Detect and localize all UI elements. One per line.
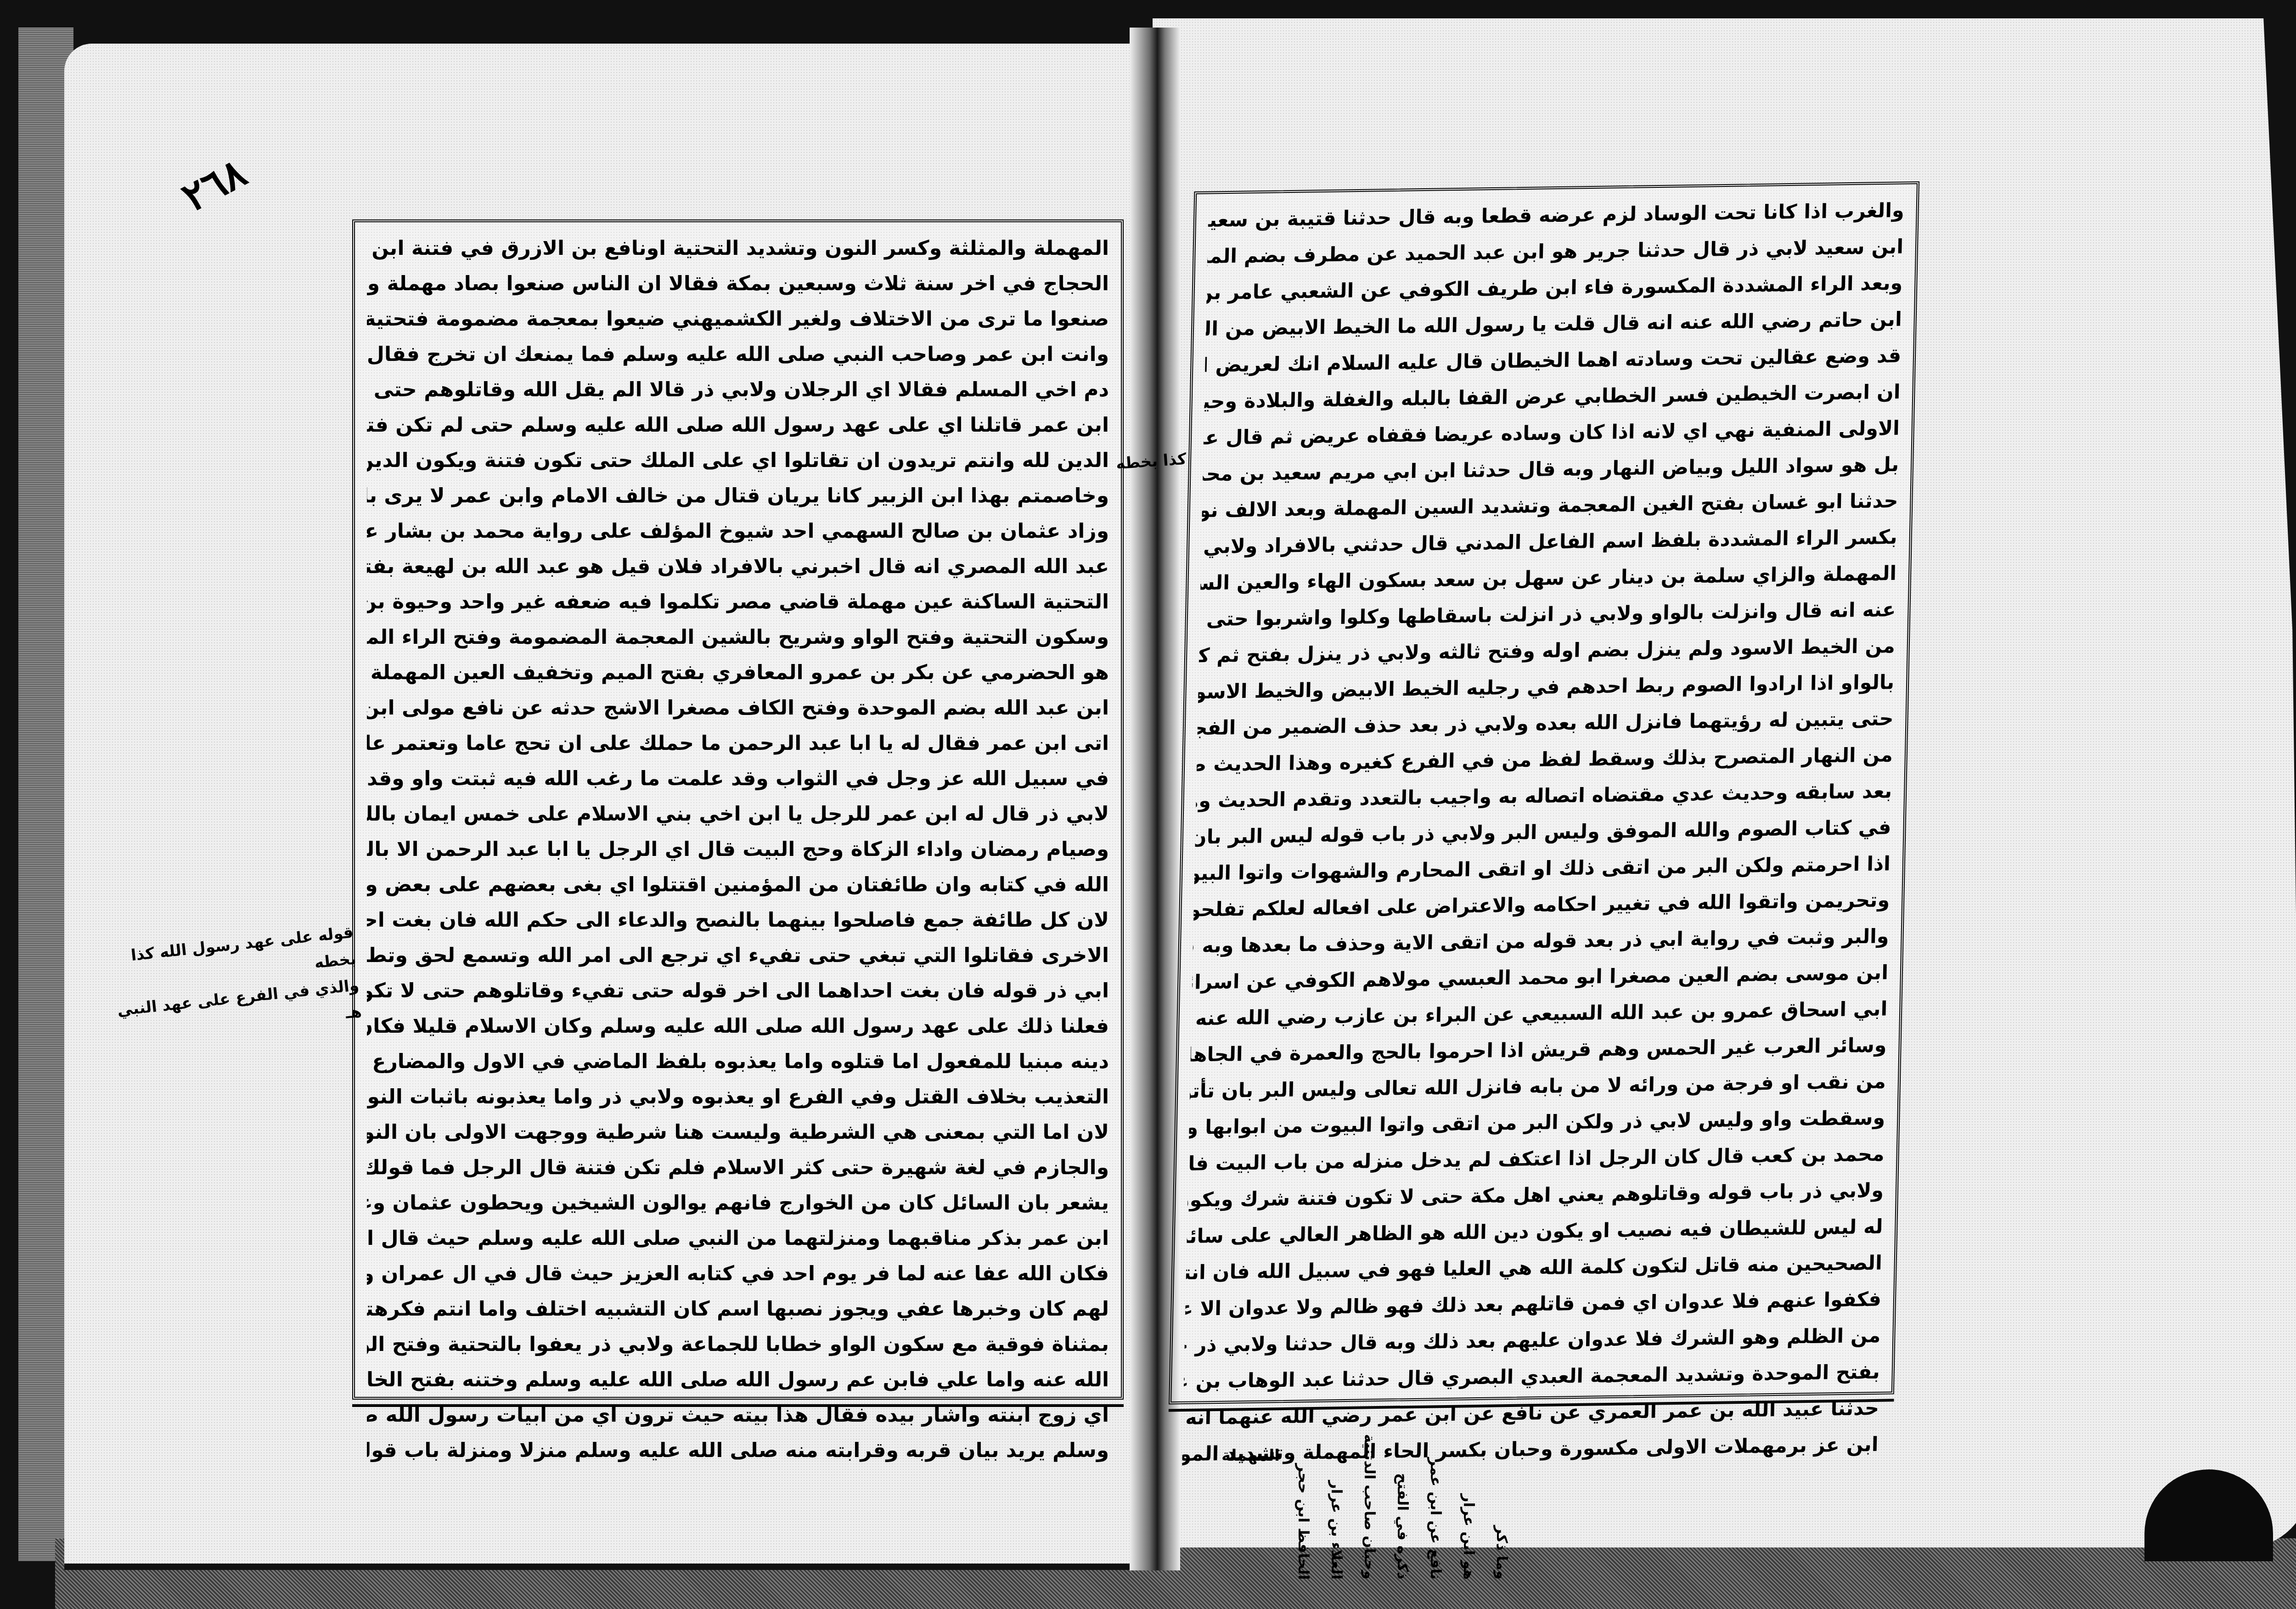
text-line: فعلنا ذلك على عهد رسول الله صلى الله علي… — [367, 1008, 1109, 1044]
bottom-note-column: الحافظ ابن حجر — [1294, 1433, 1313, 1580]
bottom-note-heading: المهملة — [1221, 1446, 1280, 1465]
text-line: لان اما التي بمعنى هي الشرطية وليست هنا … — [367, 1114, 1109, 1150]
text-line: والجازم في لغة شهيرة حتى كثر الاسلام فلم… — [367, 1150, 1109, 1185]
text-line: فكان الله عفا عنه لما فر يوم احد في كتاب… — [367, 1256, 1109, 1291]
text-line: الدين لله وانتم تريدون ان تقاتلوا اي على… — [367, 443, 1109, 478]
text-line: وصيام رمضان واداء الزكاة وحج البيت قال ا… — [367, 832, 1109, 867]
bottom-note-column: وما ذكر — [1493, 1433, 1511, 1580]
text-line: لابي ذر قال له ابن عمر للرجل يا ابن اخي … — [367, 796, 1109, 832]
text-line: الله في كتابه وان طائفتان من المؤمنين اق… — [367, 867, 1109, 902]
text-line: اي زوج ابنته واشار بيده فقال هذا بيته حي… — [367, 1397, 1109, 1433]
text-line: وسكون التحتية وفتح الواو وشريح بالشين ال… — [367, 619, 1109, 655]
text-line: صنعوا ما ترى من الاختلاف ولغير الكشميهني… — [367, 301, 1109, 337]
text-line: وانت ابن عمر وصاحب النبي صلى الله عليه و… — [367, 337, 1109, 372]
text-line: يشعر بان السائل كان من الخوارج فانهم يوا… — [367, 1185, 1109, 1221]
text-line: ابن عبد الله بضم الموحدة وفتح الكاف مصغر… — [367, 690, 1109, 726]
text-line: اتى ابن عمر فقال له يا ابا عبد الرحمن ما… — [367, 726, 1109, 761]
text-line: بمثناة فوقية مع سكون الواو خطابا للجماعة… — [367, 1327, 1109, 1362]
text-line: ابن عمر بذكر مناقبهما ومنزلتهما من النبي… — [367, 1221, 1109, 1256]
left-page-text-block: المهملة والمثلثة وكسر النون وتشديد التحت… — [352, 219, 1124, 1400]
text-line: في سبيل الله عز وجل في الثواب وقد علمت م… — [367, 761, 1109, 796]
bottom-note-column: ذكره في الفتح — [1394, 1433, 1412, 1580]
text-line: دينه مبنيا للمفعول اما قتلوه واما يعذبوه… — [367, 1044, 1109, 1079]
text-line: لان كل طائفة جمع فاصلحوا بينهما بالنصح و… — [367, 902, 1109, 938]
bottom-note-column: العلاء بن عرار — [1328, 1433, 1346, 1580]
right-page-text-block: والغرب اذا كانا تحت الوساد لزم عرضه قطعا… — [1169, 181, 1919, 1404]
text-line: التعذيب بخلاف القتل وفي الفرع او يعذبوه … — [367, 1079, 1109, 1114]
text-line: وخاصمتم بهذا ابن الزبير كانا يريان قتال … — [367, 478, 1109, 513]
text-line: المهملة والمثلثة وكسر النون وتشديد التحت… — [367, 231, 1109, 266]
text-line: دم اخي المسلم فقالا اي الرجلان ولابي ذر … — [367, 372, 1109, 407]
text-line: الحجاج في اخر سنة ثلاث وسبعين بمكة فقالا… — [367, 266, 1109, 301]
text-line: الاخرى فقاتلوا التي تبغي حتى تفيء اي ترج… — [367, 938, 1109, 973]
text-line: لهم كان وخبرها عفي ويجوز نصبها اسم كان ا… — [367, 1291, 1109, 1327]
bottom-note-column: هو ابن عرار — [1460, 1433, 1478, 1580]
scan-background: ٢٦٨ المهملة والمثلثة وكسر النون وتشديد ا… — [0, 0, 2296, 1609]
bottom-note-column: نافع عن ابن عمر — [1427, 1433, 1445, 1580]
text-line: التحتية الساكنة عين مهملة قاضي مصر تكلمو… — [367, 584, 1109, 619]
bottom-margin-note: المهملة الحافظ ابن حجر العلاء بن عرار وح… — [1221, 1433, 1511, 1580]
bottom-note-column: وحبان صاحب الدثنية — [1361, 1433, 1379, 1580]
text-line: الله عنه واما علي فابن عم رسول الله صلى … — [367, 1362, 1109, 1397]
text-line: ابي ذر قوله فان بغت احداهما الى اخر قوله… — [367, 973, 1109, 1008]
text-line: وزاد عثمان بن صالح السهمي احد شيوخ المؤل… — [367, 513, 1109, 549]
text-line: وسلم يريد بيان قربه وقرابته منه صلى الله… — [367, 1433, 1109, 1468]
text-line: عبد الله المصري انه قال اخبرني بالافراد … — [367, 549, 1109, 584]
text-line: ابن عمر قاتلنا اي على عهد رسول الله صلى … — [367, 407, 1109, 443]
text-line: هو الحضرمي عن بكر بن عمرو المعافري بفتح … — [367, 655, 1109, 690]
